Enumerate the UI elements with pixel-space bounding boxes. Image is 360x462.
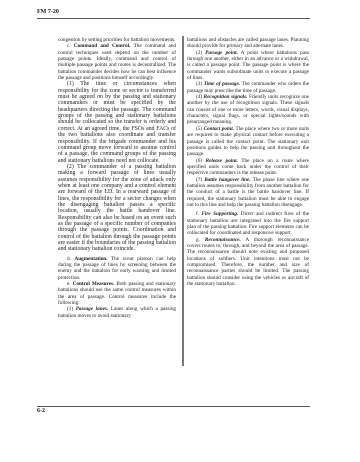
section-e4: (4) Recognition signals. Friendly units … — [187, 94, 309, 126]
section-e1-title: Passage lanes. — [76, 306, 109, 312]
section-e6: (6) Release point. The place on a route … — [187, 158, 309, 177]
section-c2: (2) The commander of a passing battalion… — [58, 164, 176, 253]
page-footer: 6-2 — [37, 406, 310, 407]
manual-id: FM 7-20 — [37, 9, 59, 15]
section-e7: (7) Battle hangover line. The phase line… — [187, 177, 309, 209]
section-c1: (1) The time or circumstances when respo… — [58, 81, 176, 163]
section-c-title: Command and Control. — [74, 43, 131, 49]
right-column: battalions and obstacles are called pass… — [187, 37, 309, 287]
page-number: 6-2 — [37, 408, 45, 414]
section-e1: (1) Passage lanes. Lanes along which a p… — [58, 306, 176, 319]
paragraph-continuation: battalions and obstacles are called pass… — [187, 37, 309, 50]
section-g: g. Reconnaissance. A thorough reconnaiss… — [187, 237, 309, 288]
page-header: FM 7-20 — [37, 7, 310, 19]
section-e: e. Control Measures. Both passing and st… — [58, 281, 176, 306]
section-e-title: Control Measures. — [73, 281, 115, 287]
section-c: c. Command and Control. The command and … — [58, 43, 176, 81]
left-column: congestion by setting priorities for bat… — [58, 37, 176, 319]
section-d: d. Augmentation. The scout platoon can h… — [58, 256, 176, 281]
section-e5: (5) Contact point. The place where two o… — [187, 126, 309, 158]
section-f: f. Fire Supporting. Direct and indirect … — [187, 211, 309, 236]
change-bar — [182, 36, 184, 366]
section-e3: (3) Time of passage. The commander who o… — [187, 81, 309, 94]
section-d-title: Augmentation. — [74, 256, 107, 262]
section-e2: (2) Passage point. A point where battali… — [187, 50, 309, 82]
